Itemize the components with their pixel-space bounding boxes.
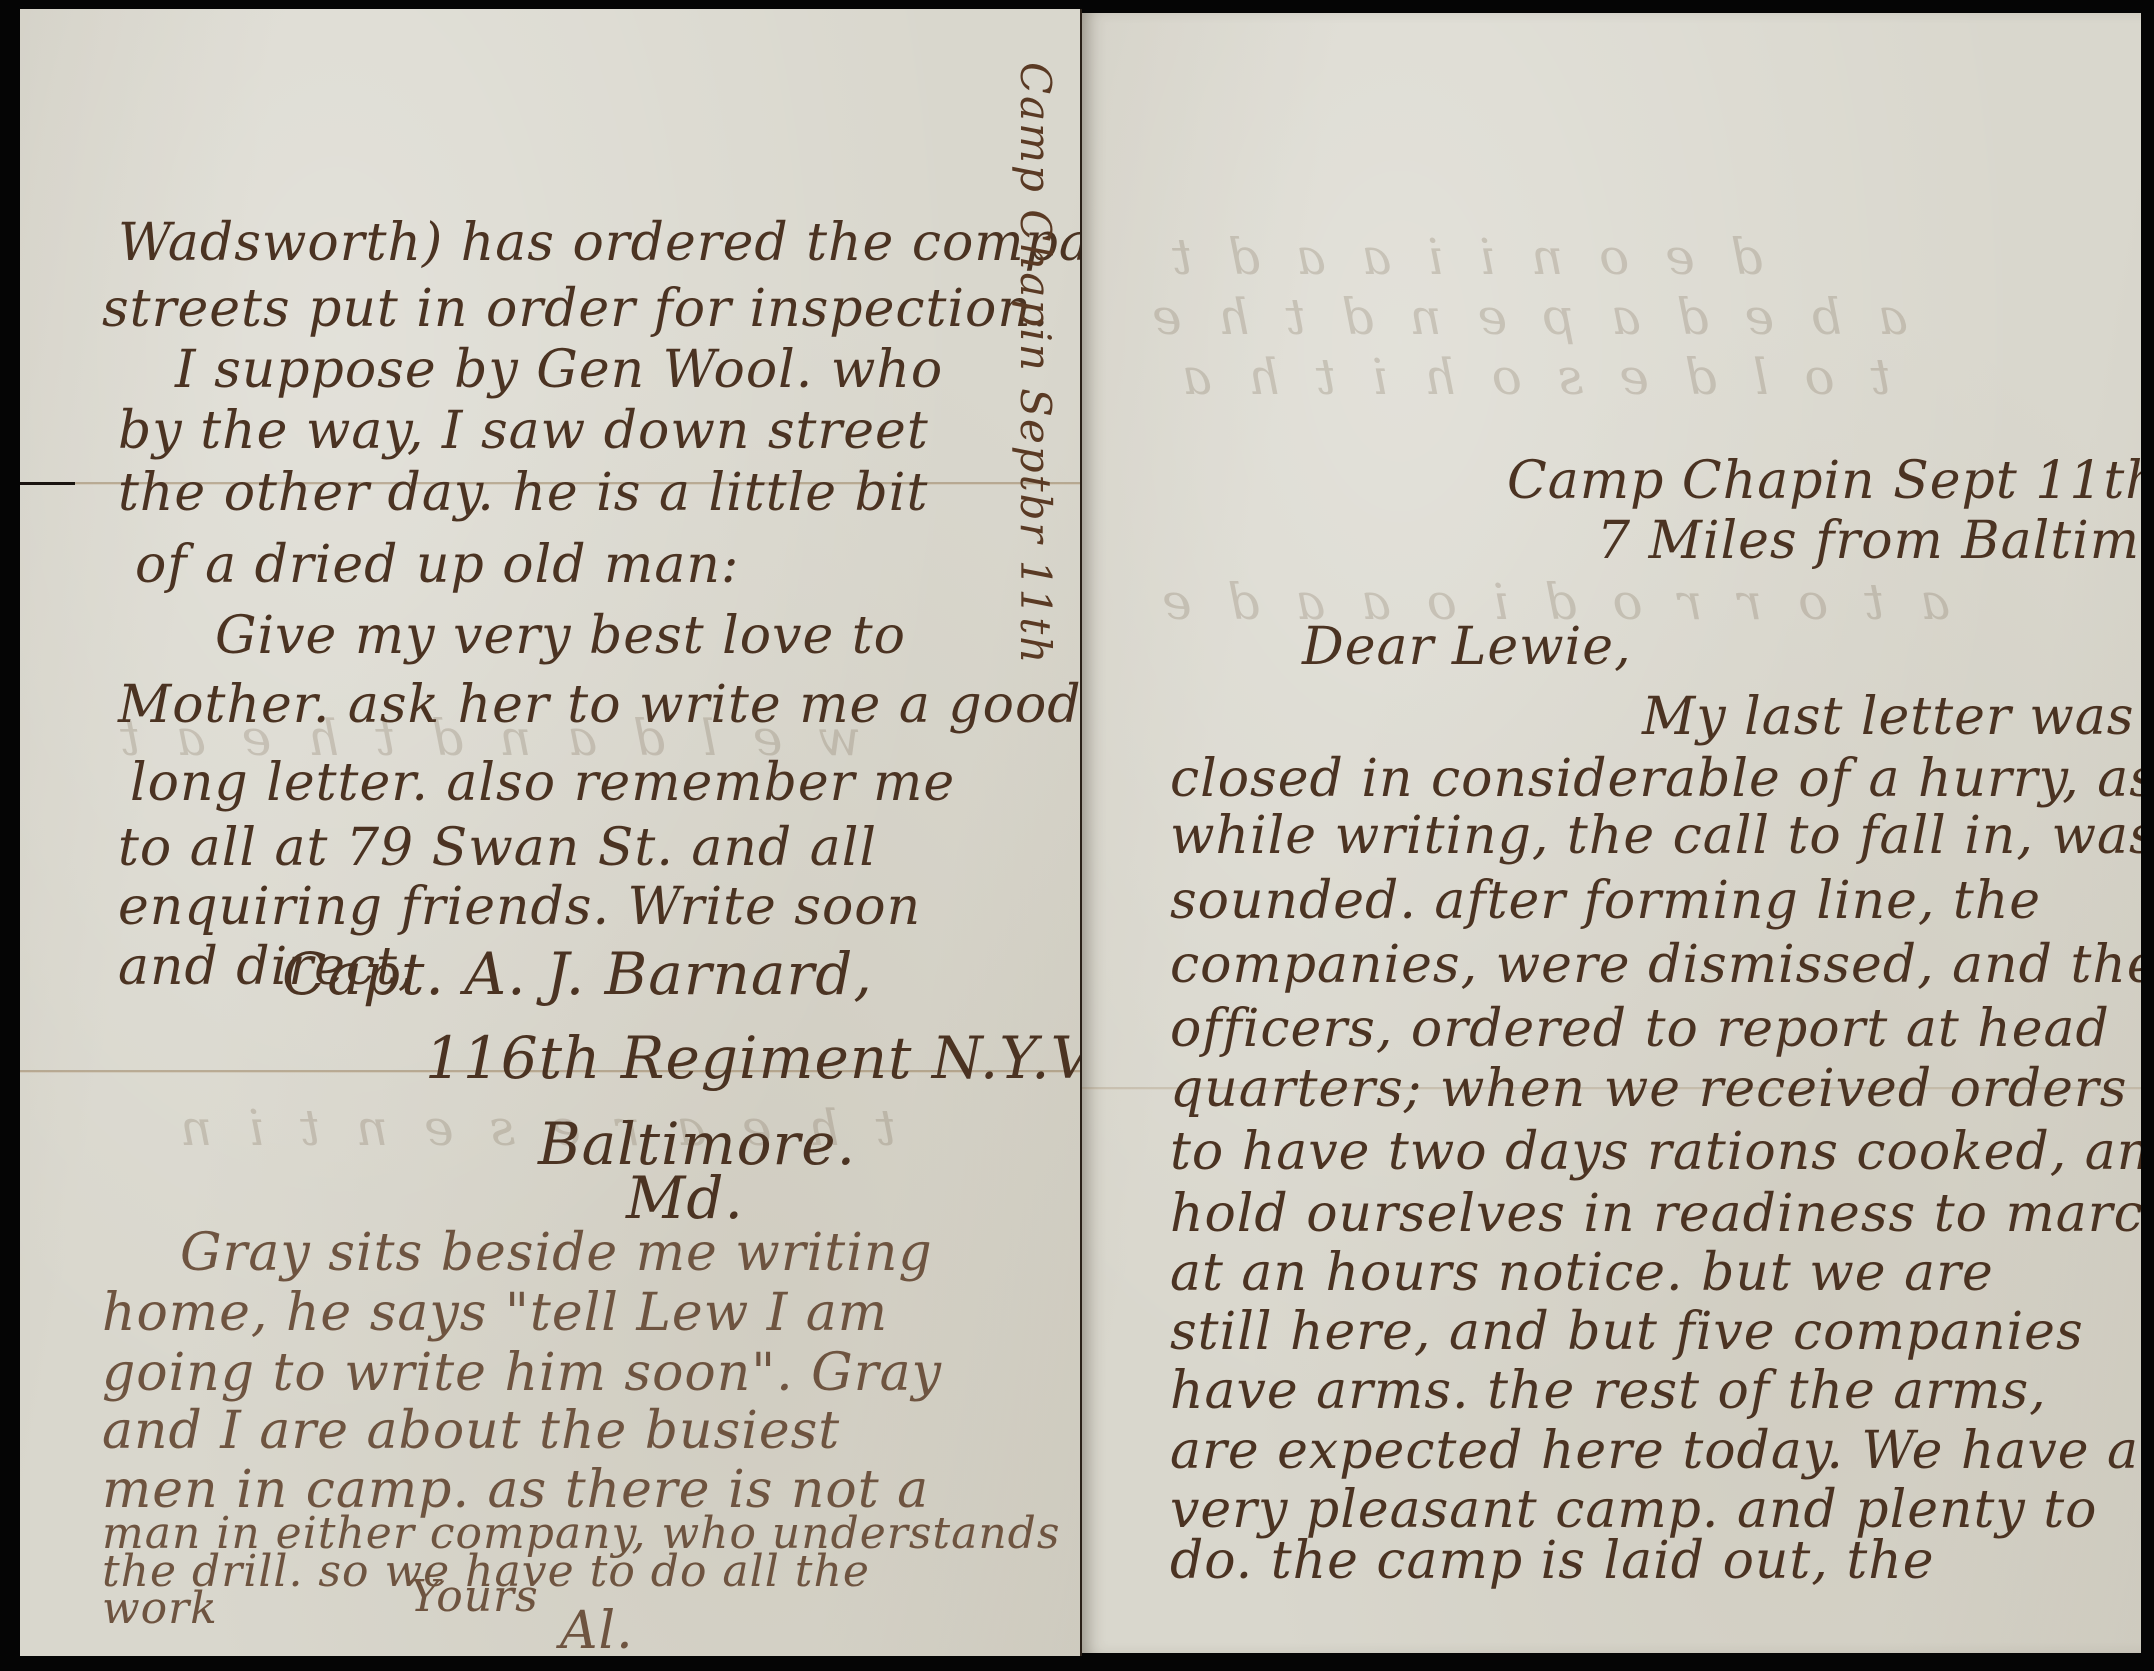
letter-line: enquiring friends. Write soon [118, 881, 921, 933]
body-line: while writing, the call to fall in, was [1170, 810, 2141, 862]
body-line: very pleasant camp. and plenty to [1170, 1484, 2098, 1536]
heading-location: 7 Miles from Baltimore [1597, 515, 2141, 567]
letter-line: the other day. he is a little bit [118, 467, 928, 519]
postscript-line: home, he says "tell Lew I am [102, 1287, 888, 1339]
letter-line: I suppose by Gen Wool. who [175, 344, 943, 396]
letter-line: Give my very best love to [215, 610, 906, 662]
bleed-through-ink: d e o n i i a a d t [1162, 228, 1763, 286]
right-page: d e o n i i a a d t a b e d a p e n d t … [1082, 13, 2141, 1653]
bleed-through-ink: a b e d a p e n d t h e [1142, 288, 1908, 346]
body-line: quarters; when we received orders [1170, 1063, 2127, 1115]
bleed-through-ink: t o l d e s o h i t h a [1172, 348, 1891, 406]
body-line: to have two days rations cooked, and [1170, 1126, 2141, 1178]
signature: Al. [560, 1605, 634, 1656]
fold-notch [20, 482, 75, 485]
postscript-line: Gray sits beside me writing [180, 1227, 933, 1279]
body-line: closed in considerable of a hurry, as [1170, 753, 2141, 805]
body-line: do. the camp is laid out, the [1170, 1535, 1935, 1587]
letter-line: streets put in order for inspection. [102, 283, 1049, 335]
margin-note: Camp Chapin Septbr 11th [1011, 62, 1060, 665]
body-line: are expected here today. We have a [1170, 1425, 2139, 1477]
postscript-line: and I are about the busiest [102, 1405, 840, 1457]
salutation: Dear Lewie, [1302, 621, 1632, 673]
body-line: at an hours notice. but we are [1170, 1247, 1994, 1299]
heading-place-date: Camp Chapin Sept 11th /62 [1507, 455, 2141, 507]
address-state: Md. [626, 1169, 744, 1227]
body-line: sounded. after forming line, the [1170, 875, 2041, 927]
closing: Yours [410, 1575, 539, 1619]
address-regiment: 116th Regiment N.Y.V. [425, 1029, 1080, 1087]
body-line: have arms. the rest of the arms, [1170, 1365, 2047, 1417]
body-line: hold ourselves in readiness to march [1170, 1188, 2141, 1240]
postscript-line: going to write him soon". Gray [102, 1347, 942, 1399]
body-line: officers, ordered to report at head [1170, 1003, 2110, 1055]
letter-line: Mother. ask her to write me a good [118, 679, 1080, 731]
letter-line: long letter. also remember me [130, 757, 955, 809]
body-line: companies, were dismissed, and the [1170, 939, 2141, 991]
address-name: Capt. A. J. Barnard, [282, 945, 873, 1003]
letter-line: of a dried up old man: [135, 539, 739, 591]
left-page: w e l d a n d t h e a t t h e a r e s e … [20, 9, 1080, 1656]
body-line: still here, and but five companies [1170, 1306, 2084, 1358]
postscript-line: work [102, 1587, 218, 1631]
letter-line: Wadsworth) has ordered the company [118, 217, 1080, 269]
letter-line: to all at 79 Swan St. and all [118, 822, 877, 874]
body-line: My last letter was [1642, 691, 2134, 743]
letter-line: by the way, I saw down street [118, 405, 929, 457]
